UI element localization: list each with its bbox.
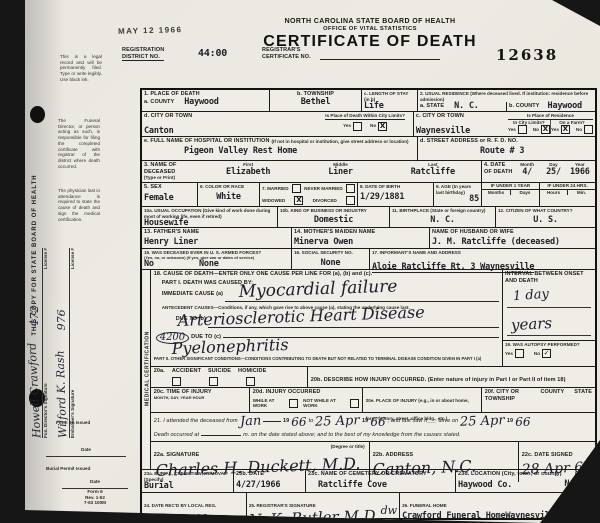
business-value: Domestic: [280, 216, 387, 225]
street-address-label: d. STREET ADDRESS or R. F. D. NO.: [420, 138, 593, 145]
married-label: 7. MARRIED: [262, 186, 289, 192]
attended-from-value: Jan: [239, 415, 261, 429]
burial-state-label: (State): [564, 471, 589, 477]
dod-year-value: 1966: [567, 168, 593, 177]
autopsy-no-label: No: [534, 351, 540, 357]
autopsy-yes-checkbox: [515, 349, 524, 358]
attended-to-value: 25 Apr: [315, 415, 360, 430]
city-of-death-label: d. CITY OR TOWN: [144, 113, 192, 120]
length-of-stay-value: Life: [364, 102, 415, 111]
physician-address-label: 22b. ADDRESS: [373, 452, 413, 458]
printed-19-a: 19: [283, 418, 289, 425]
suicide-checkbox: [209, 377, 218, 386]
divorced-label: DIVORCED: [313, 198, 337, 204]
residence-county-label: b. COUNTY: [509, 103, 540, 110]
hospital-sublabel: (If not in hospital or institution, give…: [272, 139, 409, 145]
residence-limits-no-label: No: [533, 127, 539, 133]
death-limits-yes-checkbox: [353, 122, 362, 131]
widowed-checkbox: X: [294, 196, 303, 205]
registrar-certificate-label-line1: REGISTRAR'S: [262, 47, 311, 54]
type-or-print-label: (Type or Print): [144, 175, 202, 181]
father-name-value: Henry Liner: [144, 238, 289, 247]
autopsy-label: 19. WAS AUTOPSY PERFORMED?: [505, 342, 593, 348]
date-of-birth-value: 1/29/1881: [360, 193, 431, 202]
death-limits-yes-label: Yes: [343, 123, 351, 129]
married-checkbox: [292, 184, 301, 193]
death-limits-no-label: No: [370, 123, 376, 129]
last-alive-value: 25 Apr: [460, 415, 505, 430]
accident-checkbox: [172, 377, 181, 386]
burial-state-value: N. C.: [564, 480, 589, 489]
color-race-label: 6. COLOR OR RACE: [200, 184, 257, 190]
margin-note-funeral-director: The Funeral Director, or person acting a…: [58, 118, 100, 170]
citizen-label: 12. CITIZEN OF WHAT COUNTRY?: [498, 208, 593, 214]
residence-limits-no-checkbox: X: [541, 125, 550, 134]
birthplace-label: 11. BIRTHPLACE (State or foreign country…: [392, 208, 493, 214]
injury-city-township-label: 20f. CITY OR TOWNSHIP: [485, 389, 531, 411]
immediate-cause-value: Myocardial failure: [239, 279, 398, 302]
interval-antecedent-value: years: [511, 316, 553, 333]
mother-name-value: Minerva Owen: [294, 238, 427, 247]
part2-value: Pyelonephritis: [171, 337, 288, 357]
registrar-signature-label: 25. REGISTRAR'S SIGNATURE: [249, 503, 316, 508]
hole-punch-top: [30, 106, 45, 123]
death-limits-no-checkbox: X: [378, 122, 387, 131]
hospital-label: e. FULL NAME OF HOSPITAL OR INSTITUTION: [144, 138, 270, 145]
cemetery-label: 23c. NAME OF CEMETERY OR CREMATORY: [308, 471, 453, 478]
hospital-value: Pigeon Valley Rest Home: [184, 147, 415, 156]
attended-from-year: 66: [291, 416, 306, 428]
form-9a-issued-label: Form 9A Issued: [56, 420, 90, 426]
first-name-value: Elizabeth: [202, 168, 294, 177]
embalmer-license-number: 976: [56, 309, 68, 330]
interval-immediate-value: 1 day: [513, 288, 550, 303]
birthplace-value: N. C.: [392, 216, 493, 225]
margin-note-legal: This is a legal record and will be perma…: [60, 54, 102, 83]
last-name-value: Ratcliffe: [387, 168, 479, 177]
describe-injury-label: 20b. DESCRIBE HOW INJURY OCCURRED. (Ente…: [311, 377, 566, 383]
burial-date-value: 4/27/1966: [236, 481, 303, 490]
registrar-certificate-label-line2: CERTIFICATE NO.: [262, 54, 311, 61]
certificate-form: 1. PLACE OF DEATH a. COUNTYHaywood b. TO…: [140, 88, 597, 520]
immediate-cause-label: IMMEDIATE CAUSE (a): [162, 291, 223, 298]
margin-note-physician: The physician last in attendance is requ…: [58, 188, 100, 222]
registration-district-label-line2: DISTRICT NO.: [122, 54, 164, 62]
death-occurred-suffix: m. on the date stated above; and to the …: [243, 432, 461, 439]
name-of-deceased-label: 3. NAME OF DECEASED: [144, 162, 202, 175]
street-address-value: Route # 3: [480, 147, 593, 156]
while-at-work-checkbox: [289, 399, 298, 408]
row-place-residence: 1. PLACE OF DEATH a. COUNTYHaywood b. TO…: [142, 90, 595, 112]
row-institution-street: e. FULL NAME OF HOSPITAL OR INSTITUTION(…: [142, 137, 595, 161]
age-value: 85: [436, 195, 479, 204]
date-of-death-label: 4. DATE OF DEATH: [484, 162, 514, 181]
burial-date-label: 23b. DATE: [236, 471, 303, 478]
never-married-label: NEVER MARRIED: [304, 186, 343, 192]
hours-label: Hours: [540, 190, 568, 196]
autopsy-yes-label: Yes: [505, 351, 513, 357]
residence-state-label: a. STATE: [420, 103, 444, 110]
color-race-value: White: [200, 193, 257, 202]
funeral-home-value: Crawford Funeral Home: [402, 512, 505, 521]
farm-no-label: No: [576, 127, 582, 133]
never-married-checkbox: [346, 184, 355, 193]
dod-day-value: 25/: [540, 168, 566, 177]
funeral-director-signature-label: Fun. Director's Signature: [43, 383, 49, 438]
license-number-label: License #: [43, 248, 49, 269]
last-saw-alive-text: , and last saw h___ alive on: [388, 418, 459, 425]
embalmer-signature-label: Embalmer's Signature: [70, 390, 76, 438]
registration-district-label-line1: REGISTRATION: [122, 47, 164, 54]
residence-county-value: Haywood: [548, 102, 582, 111]
homicide-label: HOMICIDE: [238, 368, 266, 375]
certificate-paper: This is a legal record and will be perma…: [0, 0, 600, 523]
farm-no-checkbox: [584, 125, 593, 134]
received-date-stamp: MAY 12 1966: [118, 26, 183, 36]
row-city: d. CITY OR TOWN Canton Is Place of Death…: [142, 112, 595, 137]
license-number-label-2: License #: [70, 248, 76, 269]
row-parents-spouse: 13. FATHER'S NAMEHenry Liner 14. MOTHER'…: [142, 228, 595, 249]
county-label: a. COUNTY: [144, 99, 174, 106]
date-of-birth-label: 8. DATE OF BIRTH: [360, 184, 431, 190]
accident-label: ACCIDENT: [172, 368, 201, 375]
registrar-signature-value: N. K. Butler M.D.: [248, 508, 380, 523]
injury-county-label: COUNTY: [540, 389, 564, 411]
date-received-value: 29/Apr/66: [152, 513, 244, 523]
degree-or-title-label: (Degree or title): [331, 444, 365, 450]
divorced-checkbox: [346, 196, 355, 205]
citizen-value: U. S.: [498, 216, 593, 225]
farm-yes-label: Yes: [551, 127, 559, 133]
dod-month-value: 4/: [514, 168, 540, 177]
certificate-title: CERTIFICATE OF DEATH: [205, 33, 535, 51]
not-while-at-work-label: NOT WHILE AT WORK: [303, 398, 348, 409]
funeral-director-license-number: 472: [29, 306, 41, 327]
business-label: 10b. KIND OF BUSINESS OR INDUSTRY: [280, 208, 387, 214]
form-print-code: 7-63 100M: [62, 500, 128, 506]
not-while-at-work-checkbox: [350, 399, 359, 408]
injury-state-label: STATE: [574, 389, 592, 411]
death-city-limits-label: Is Place of Death Within City Limits?: [325, 113, 405, 120]
minutes-label: Min.: [568, 190, 595, 196]
funeral-home-label: 26. FUNERAL HOME: [402, 503, 447, 508]
row-registrar: 24. DATE REC'D BY LOCAL REG. 29/Apr/66 2…: [142, 493, 595, 518]
months-label: Months: [482, 190, 511, 196]
sex-label: 5. SEX: [144, 184, 195, 191]
date-received-label: 24. DATE REC'D BY LOCAL REG.: [144, 503, 216, 508]
row-forces-ssn-informant: 15. WAS DECEASED EVER IN U. S. ARMED FOR…: [142, 249, 595, 270]
residence-limits-yes-checkbox: [518, 125, 527, 134]
registrar-certificate-number-blank: [320, 59, 440, 60]
city-of-death-value: Canton: [144, 126, 174, 136]
spouse-value: J. M. Ratcliffe (deceased): [432, 238, 593, 247]
homicide-checkbox: [246, 377, 255, 386]
scanned-death-certificate: This is a legal record and will be perma…: [0, 0, 600, 523]
form-date-label: Date: [90, 479, 100, 484]
medical-certification-block: MEDICAL CERTIFICATION 18. CAUSE OF DEATH…: [142, 270, 595, 470]
certificate-serial-number: 12638: [496, 48, 558, 63]
armed-forces-service-value: None: [199, 260, 219, 269]
autopsy-no-checkbox: ✓: [542, 349, 551, 358]
residence-city-value: Waynesville: [416, 126, 470, 136]
burial-permit-date-label: Date: [81, 447, 91, 452]
injury-occurred-label: 20d. INJURY OCCURRED: [253, 389, 359, 396]
time-of-injury-sublabel: MONTH, DAY, YEAR HOUR: [154, 396, 246, 401]
while-at-work-label: WHILE AT WORK: [253, 398, 287, 409]
ssn-label: 16. SOCIAL SECURITY NO.: [294, 250, 367, 256]
printed-19-c: 19: [507, 418, 513, 425]
row-occupation: 10a. USUAL OCCUPATION (Give kind of work…: [142, 207, 595, 228]
residence-limits-yes-label: Yes: [508, 127, 516, 133]
row-name-dod: 3. NAME OF DECEASED (Type or Print) Firs…: [142, 161, 595, 183]
attended-statement-prefix: 21. I attended the deceased from: [154, 418, 238, 425]
county-of-death-value: Haywood: [184, 98, 218, 107]
widowed-label: WIDOWED: [262, 198, 285, 204]
printed-19-b: 19: [362, 418, 368, 425]
armed-forces-value: No: [144, 260, 199, 269]
office-header: OFFICE OF VITAL STATISTICS: [210, 26, 530, 33]
row-burial: 23a. BURIAL, CREMATION, REMOVAL (Specify…: [142, 470, 595, 493]
burial-location-value: Haywood Co.: [458, 481, 562, 490]
ssn-value: None: [294, 259, 367, 268]
burial-type-value: Burial: [144, 482, 231, 491]
cause-of-death-header: 18. CAUSE OF DEATH—ENTER ONLY ONE CAUSE …: [154, 271, 499, 278]
informant-label: 17. INFORMANT'S NAME AND ADDRESS: [372, 250, 593, 256]
middle-name-value: Liner: [294, 168, 386, 177]
date-signed-label: 22c. DATE SIGNED: [522, 452, 573, 458]
residence-city-label: c. CITY OR TOWN: [416, 113, 508, 120]
funeral-home-address-label: ADDRESS: [567, 503, 589, 508]
suicide-label: SUICIDE: [208, 368, 231, 375]
death-occurred-prefix: Death occurred at: [154, 432, 199, 439]
occupation-value: Housewife: [144, 219, 275, 228]
mother-name-label: 14. MOTHER'S MAIDEN NAME: [294, 229, 427, 236]
last-alive-year: 66: [515, 416, 530, 428]
margin-signature-block: Howell Crawford472 Fun. Director's Signa…: [29, 238, 115, 438]
row-sex-race-marital: 5. SEXFemale 6. COLOR OR RACEWhite 7. MA…: [142, 183, 595, 207]
township-value: Bethel: [272, 98, 359, 107]
item-20a-number: 20a.: [154, 368, 165, 375]
father-name-label: 13. FATHER'S NAME: [144, 229, 289, 236]
interval-header: INTERVAL BETWEEN ONSET AND DEATH: [503, 270, 595, 285]
burial-location-label: 23d. LOCATION (City, town, or county): [458, 471, 562, 478]
attended-to-year: 66: [370, 416, 385, 428]
registration-district-number: 44:00: [198, 48, 227, 59]
funeral-director-signature: Howell Crawford: [27, 342, 44, 438]
residence-state-value: N. C.: [454, 102, 479, 111]
sex-value: Female: [144, 194, 195, 203]
days-label: Days: [511, 190, 539, 196]
spouse-label: NAME OF HUSBAND OR WIFE: [432, 229, 593, 236]
cemetery-value: Ratcliffe Cove: [318, 481, 453, 490]
farm-yes-checkbox: X: [561, 125, 570, 134]
registrar-initials: dw: [381, 505, 397, 516]
physician-signature-label: 22a. SIGNATURE: [154, 452, 200, 458]
attended-to-word: to: [309, 418, 314, 425]
funeral-home-address-value: Waynesville N. C.: [505, 512, 589, 521]
